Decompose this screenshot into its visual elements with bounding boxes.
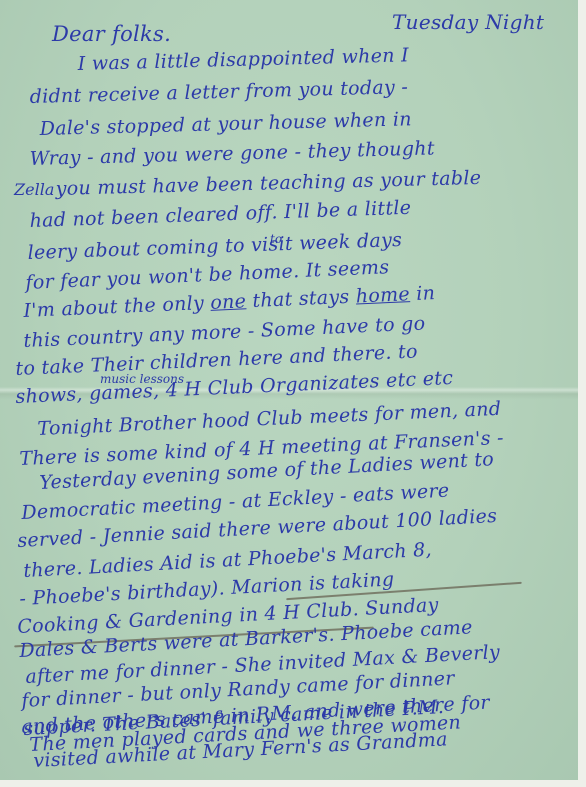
scan-border-right <box>578 0 586 787</box>
letter-line-3: Dale's stopped at your house when in <box>39 108 412 140</box>
salutation: Dear folks. <box>52 22 171 46</box>
scan-border-bottom <box>0 780 586 787</box>
letter-line-1: I was a little disappointed when I <box>77 44 409 75</box>
letter-line-6: had not been cleared off. I'll be a litt… <box>29 197 411 232</box>
letter-line-5: you must have been teaching as your tabl… <box>55 167 481 200</box>
underlined-word: home <box>355 283 410 307</box>
letter-line-4: Wray - and you were gone - they thought <box>29 137 435 170</box>
handwritten-letter: Tuesday Night Dear folks. I was a little… <box>0 0 578 780</box>
date-heading: Tuesday Night <box>392 10 544 34</box>
letter-line-2: didnt receive a letter from you today - <box>29 76 408 108</box>
margin-note: Zella <box>14 180 54 199</box>
underlined-word: one <box>210 290 247 314</box>
